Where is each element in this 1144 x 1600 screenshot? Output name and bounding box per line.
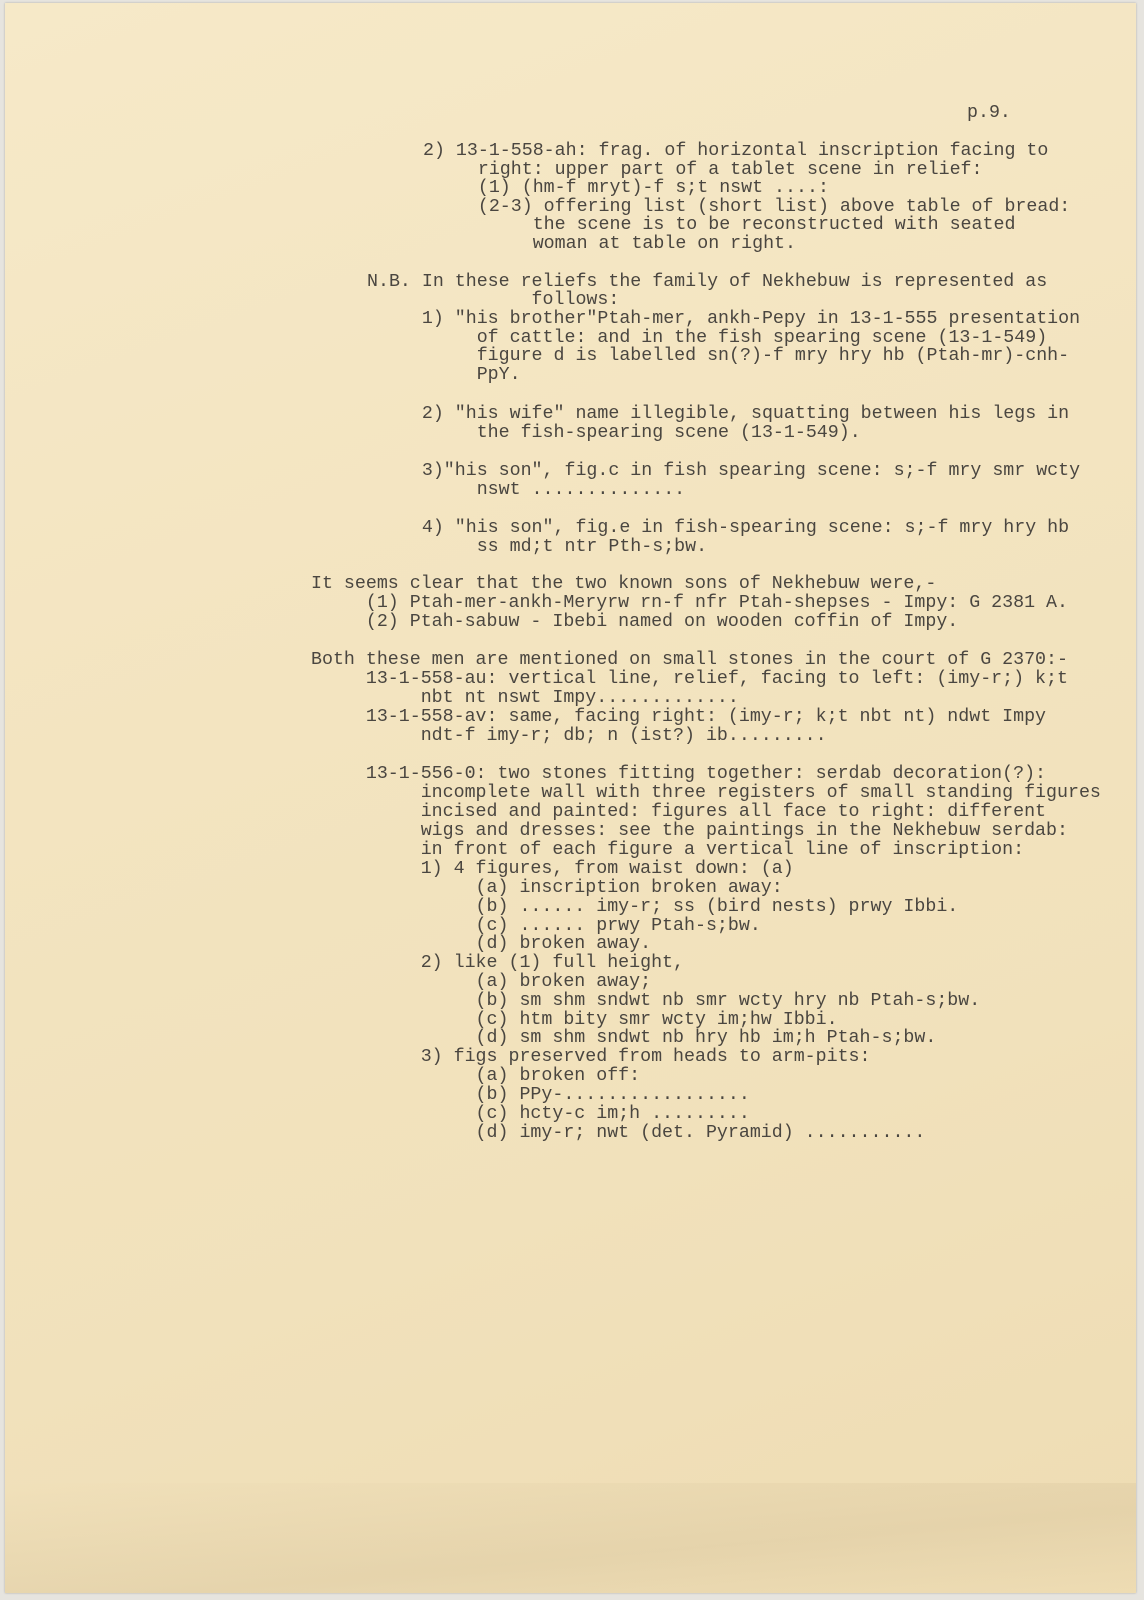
text-line: (a) broken away; <box>311 973 651 992</box>
paper-crease <box>5 1483 1136 1593</box>
text-line: follows: <box>367 291 619 310</box>
text-line: incised and painted: figures all face to… <box>311 803 1046 822</box>
paper-damage-mark <box>35 45 115 51</box>
text-line: (c) hcty-c im;h ......... <box>311 1105 750 1124</box>
text-line: wigs and dresses: see the paintings in t… <box>311 822 1068 841</box>
text-line: ndt-f imy-r; db; n (ist?) ib......... <box>311 727 827 746</box>
text-line: 13-1-558-au: vertical line, relief, faci… <box>311 670 1068 689</box>
typewritten-page: p.9. 2) 13-1-558-ah: frag. of horizontal… <box>5 3 1136 1593</box>
text-line: nbt nt nswt Impy............. <box>311 689 739 708</box>
text-line: (d) broken away. <box>311 935 651 954</box>
text-line: (b) sm shm sndwt nb smr wcty hry nb Ptah… <box>311 992 980 1011</box>
text-line: the scene is to be reconstructed with se… <box>423 216 1015 235</box>
text-line: 1) "his brother"Ptah-mer, ankh-Pepy in 1… <box>367 310 1080 329</box>
text-line: (2) Ptah-sabuw - Ibebi named on wooden c… <box>311 613 958 632</box>
text-line: 13-1-558-av: same, facing right: (imy-r;… <box>311 708 1046 727</box>
text-line: 4) "his son", fig.e in fish-spearing sce… <box>367 519 1069 538</box>
text-line: (a) inscription broken away: <box>311 879 783 898</box>
text-line: (1) (hm-f mryt)-f s;t nswt ....: <box>423 179 829 198</box>
text-line: (d) imy-r; nwt (det. Pyramid) ..........… <box>311 1124 925 1143</box>
text-line: nswt .............. <box>367 481 685 500</box>
text-line: (d) sm shm sndwt nb hry hb im;h Ptah-s;b… <box>311 1029 936 1048</box>
text-line: It seems clear that the two known sons o… <box>311 575 936 594</box>
text-line: Both these men are mentioned on small st… <box>311 651 1068 670</box>
text-line: 2) 13-1-558-ah: frag. of horizontal insc… <box>423 142 1048 161</box>
text-line: figure d is labelled sn(?)-f mry hry hb … <box>367 347 1069 366</box>
text-line: PpY. <box>367 366 521 385</box>
text-line: ss md;t ntr Pth-s;bw. <box>367 538 707 557</box>
text-line: incomplete wall with three registers of … <box>311 784 1101 803</box>
text-line: 2) "his wife" name illegible, squatting … <box>367 405 1069 424</box>
text-line: (a) broken off: <box>311 1067 640 1086</box>
text-line: 13-1-556-0: two stones fitting together:… <box>311 765 1046 784</box>
text-line: 3) figs preserved from heads to arm-pits… <box>311 1048 871 1067</box>
text-line: (1) Ptah-mer-ankh-Meryrw rn-f nfr Ptah-s… <box>311 594 1068 613</box>
text-line: 3)"his son", fig.c in fish spearing scen… <box>367 462 1080 481</box>
text-line: the fish-spearing scene (13-1-549). <box>367 424 861 443</box>
text-line: woman at table on right. <box>423 235 796 254</box>
text-line: 2) like (1) full height, <box>311 954 684 973</box>
text-line: 1) 4 figures, from waist down: (a) <box>311 860 794 879</box>
page-number: p.9. <box>967 104 1011 123</box>
text-line: (b) ...... imy-r; ss (bird nests) prwy I… <box>311 898 958 917</box>
text-line: (b) PPy-................. <box>311 1086 750 1105</box>
text-line: in front of each figure a vertical line … <box>311 841 1024 860</box>
